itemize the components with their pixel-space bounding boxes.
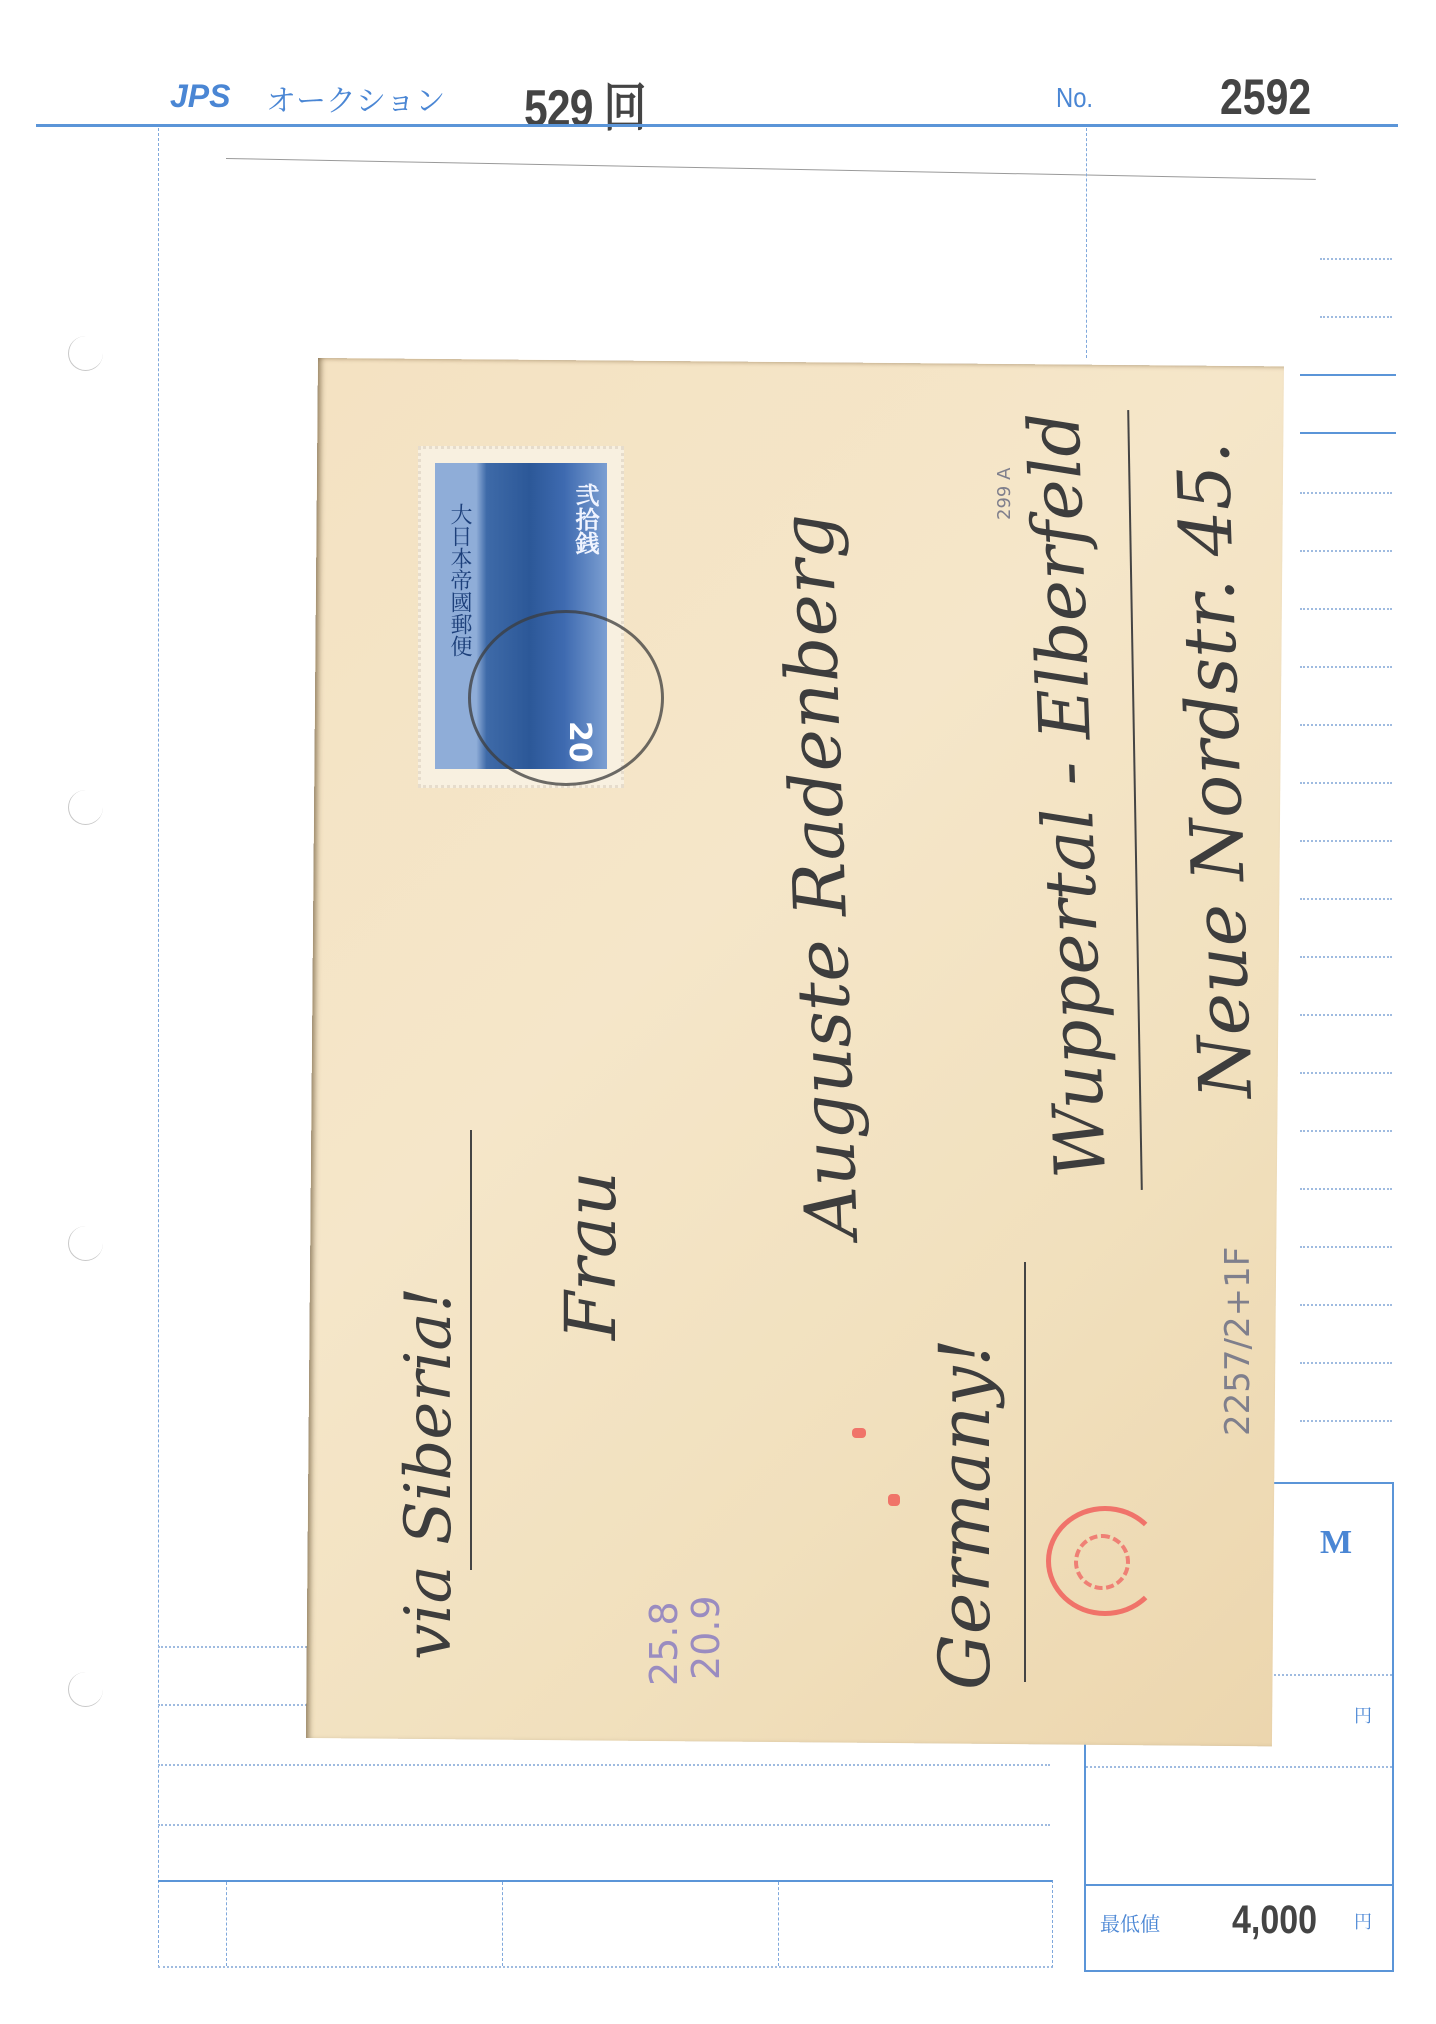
pencil-note-top: 299 A bbox=[994, 468, 1015, 520]
binder-hole-2 bbox=[68, 790, 103, 825]
row-line bbox=[158, 1764, 1050, 1766]
grade-label: M bbox=[1320, 1524, 1352, 1562]
grid-vline-left bbox=[158, 128, 159, 1968]
red-handstamp-inner bbox=[1074, 1534, 1130, 1590]
postmark-icon bbox=[468, 610, 664, 786]
grid-vline-mid bbox=[1086, 128, 1087, 358]
binder-hole-1 bbox=[68, 336, 103, 371]
pencil-note-side: 2257/2+1F bbox=[1218, 1247, 1258, 1436]
purple-date-1: 25.8 bbox=[642, 1601, 686, 1686]
min-price-unit: 円 bbox=[1354, 1908, 1372, 1934]
row-line bbox=[158, 1646, 318, 1648]
stamp-value-text: 弐拾銭 bbox=[568, 483, 603, 555]
notes-table bbox=[158, 1880, 1053, 1968]
salutation: Frau bbox=[550, 1171, 632, 1340]
header-rule bbox=[36, 124, 1398, 127]
row-line bbox=[158, 1704, 318, 1706]
binder-hole-3 bbox=[68, 1226, 103, 1261]
red-ink-mark bbox=[852, 1428, 866, 1438]
min-price-value: 4,000 bbox=[1232, 1898, 1317, 1943]
binder-hole-4 bbox=[68, 1672, 103, 1707]
auction-label: オークション bbox=[266, 76, 445, 120]
min-price-label: 最低値 bbox=[1100, 1908, 1160, 1937]
destination-country: Germany! bbox=[924, 1338, 1006, 1690]
red-ink-mark bbox=[888, 1494, 900, 1506]
purple-date-2: 20.9 bbox=[684, 1595, 728, 1680]
routing-underline bbox=[470, 1130, 472, 1570]
guide-line bbox=[226, 158, 1316, 180]
lot-number: 2592 bbox=[1220, 68, 1311, 126]
country-underline bbox=[1024, 1262, 1026, 1682]
yen-unit: 円 bbox=[1354, 1702, 1372, 1728]
stamp-country-text: 大日本帝國郵便 bbox=[445, 503, 475, 657]
row-line bbox=[158, 1824, 1050, 1826]
right-margin-rows bbox=[1300, 0, 1400, 1440]
auction-round: 529 回 bbox=[524, 66, 646, 141]
brand-logo: JPS bbox=[170, 78, 230, 115]
lot-number-label: No. bbox=[1056, 82, 1093, 114]
routing-note: via Siberia! bbox=[392, 1287, 466, 1660]
